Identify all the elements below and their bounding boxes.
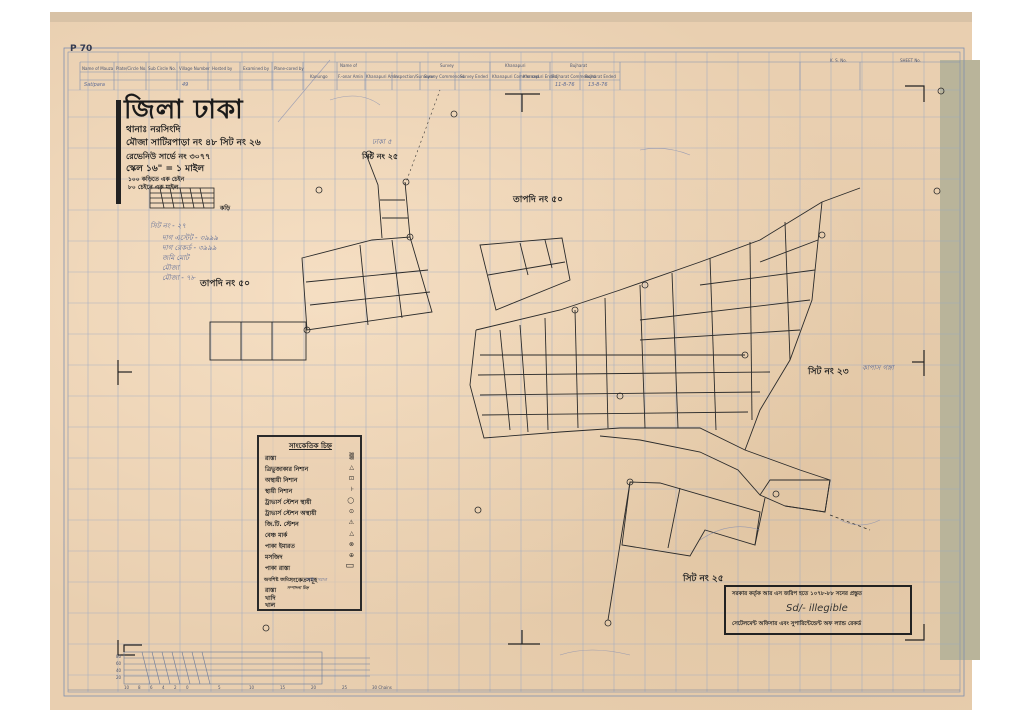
hdr-foonar-amin: F.-onar Amin [338,74,363,79]
mosque-icon: ⊕ [349,552,354,559]
scale-tick-11: 30 Chains [372,685,392,690]
hdr-hosted-by: Hosted by [212,66,232,71]
hdr-group-name-of: Name of [340,63,357,68]
scale-tick-8: 15 [280,685,285,690]
perm-marker-icon: ⊦ [351,486,354,493]
certificate-line-1: সরকার কর্তৃক আর এস জরিপ হতে ১০৭৮-৮৮ সনের… [732,591,862,599]
scale-tick-2: 6 [150,685,153,690]
val-village-number: 49 [182,82,188,88]
pucca-building-icon: ⊗ [349,541,354,548]
legend-extra-2: খাল [265,600,275,611]
hdr-survey-commenced: Survey Commenced [424,74,464,79]
scale-note-2: ৮০ চেইনে এক মাইল [114,184,294,192]
hdr-mauza-name: Name of Mauza [82,66,113,71]
label-mauza-left: তাপদি নং ৫০ [200,276,250,291]
gt-station-icon: ⚠ [349,519,354,526]
temp-marker-icon: ⊡ [349,475,354,482]
legend-item-0: রাস্তা [265,453,276,464]
hdr-kanungo: Kanungo [310,74,328,79]
sheet-no-label: SHEET No. [900,58,921,63]
scale-caption: কড়ি [220,205,230,213]
note-5: মৌজা - ৭৮ [162,272,195,284]
legend-item-2: অস্থায়ী নিশান [265,475,297,486]
triangle-marker-icon: △ [349,464,354,471]
thana-line: থানাঃ নরসিংদি [114,124,294,137]
title-block: জিলা ঢাকা থানাঃ নরসিংদি মৌজা সাটিরপাড়া … [114,96,294,192]
legend-item-9: মসজিদ [265,552,283,563]
legend-box: সাংকেতিক চিহ্ন রাস্তা ▒ ত্রিভুজাকার নিশা… [257,435,362,611]
val-bujharat-commenced: 11-8-76 [555,82,575,88]
scale-y-1: 60 [116,661,121,666]
legend-extra-0-value: সম্পাদনা চিহ্ন [287,585,309,592]
scale-tick-1: 8 [138,685,141,690]
legend-extra-3: অবশিষ্ট জমি [264,576,289,584]
hdr-group-survey: Survey [440,63,454,68]
scale-tick-10: 25 [342,685,347,690]
scale-tick-5: 0 [186,685,189,690]
scale-tick-4: 2 [174,685,177,690]
val-mauza-name: Satipara [84,82,105,88]
legend-title: সাংকেতিক চিহ্ন [289,440,332,452]
legend-item-6: জি.টি. স্টেশন [265,519,299,530]
hdr-sub-circle: Sub Circle No. [148,66,176,71]
legend-item-7: বেঞ্চ মার্ক [265,530,287,541]
certificate-box: সরকার কর্তৃক আর এস জরিপ হতে ১০৭৮-৮৮ সনের… [724,585,912,635]
scale-y-0: 80 [116,654,121,659]
certificate-signature: Sd/- illegible [786,603,848,614]
label-mauza-center: তাপদি নং ৫০ [513,192,563,207]
scale-tick-7: 10 [249,685,254,690]
mauza-line: মৌজা সাটিরপাড়া নং ৪৮ সিট নং ২৬ [114,137,294,150]
hdr-group-bujharat: Bujharat [570,63,587,68]
district-title: জিলা ঢাকা [114,96,294,124]
hdr-examined-by: Examined by [243,66,269,71]
label-sheet-south: সিট নং ২৫ [683,571,724,586]
rev-survey-line: রেভেনিউ সার্ভে নং ৩০৭৭ [114,150,294,163]
val-bujharat-ended: 13-8-76 [588,82,608,88]
legend-item-1: ত্রিভুজাকার নিশান [265,464,308,475]
legend-item-5: ট্রাভার্স স্টেশন অস্থায়ী [265,508,317,519]
legend-item-8: পাকা ইমারত [265,541,295,552]
scale-tick-3: 4 [162,685,165,690]
scale-y-2: 40 [116,668,121,673]
page-reference: P 70 [70,44,92,54]
scale-tick-0: 10 [124,685,129,690]
benchmark-icon: △ [349,530,354,537]
legend-item-3: স্থায়ী নিশান [265,486,292,497]
hdr-bujharat-ended: Bujharat Ended [585,74,616,79]
scale-y-3: 20 [116,675,121,680]
hdr-plate-circle: Plate/Circle No. [116,66,147,71]
ks-no-label: K. S. No. [830,58,847,63]
legend-item-10: পাকা রাস্তা [265,563,290,574]
scale-tick-6: 5 [218,685,221,690]
traverse-temp-icon: ⊙ [349,508,354,515]
traverse-perm-icon: ◯ [347,497,354,504]
hdr-village-number: Village Number [179,66,210,71]
scale-tick-9: 20 [311,685,316,690]
legend-item-4: ট্রাভার্স স্টেশন স্থায়ী [265,497,311,508]
certificate-line-2: সেটেলমেন্ট অফিসার এবং সুপারিন্টেন্ডেন্ট … [732,621,861,629]
hdr-survey-ended: Survey Ended [460,74,488,79]
label-sheet-east: সিট নং ২৩ [808,364,849,379]
note-0: সিট নং - ২৭ [150,220,186,232]
legend-extra-3-value: সমষ্টি - সমাপ্ত [305,577,327,584]
hdr-plane-cored-by: Plane-cored by [274,66,304,71]
scale-line: স্কেল ১৬" = ১ মাইল [114,163,294,176]
label-sheet-north: সিট নং ২৫ [362,151,398,164]
hdr-group-khanapuri: Khanapuri [505,63,525,68]
road-symbol-icon: ▒ [349,453,354,460]
pucca-road-icon: ▭ [345,561,354,571]
pencil-note-east: কাপাস গঙ্গা [862,362,894,374]
pencil-note-top: ঢাকা ৫ [372,136,392,148]
scale-note-1: ১০০ কড়িতে এক চেইন [114,176,294,184]
